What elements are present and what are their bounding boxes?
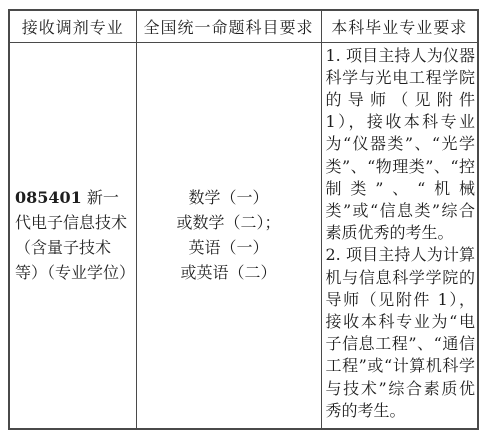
major-text: 085401 新一代电子信息技术（含量子技术等）（专业学位） [15,185,132,285]
table-row: 085401 新一代电子信息技术（含量子技术等）（专业学位） 数学（一） 或数学… [9,42,478,429]
header-accepted-transfer-major: 接收调剂专业 [9,10,136,42]
requirement-item-2: 2. 项目主持人为计算机与信息科学学院的导师（见附件 1），接收本科专业为“电子… [326,244,476,422]
major-code: 085401 [15,188,82,207]
cell-accepted-major: 085401 新一代电子信息技术（含量子技术等）（专业学位） [9,42,136,429]
cell-exam-subjects: 数学（一） 或数学（二）； 英语（一） 或英语（二） [136,42,321,429]
header-row: 接收调剂专业 全国统一命题科目要求 本科毕业专业要求 [9,10,478,42]
cell-undergraduate-requirements: 1. 项目主持人为仪器科学与光电工程学院的导师（见附件 1），接收本科专业为“仪… [321,42,478,429]
requirement-item-1: 1. 项目主持人为仪器科学与光电工程学院的导师（见附件 1），接收本科专业为“仪… [326,45,476,245]
transfer-requirements-table: 接收调剂专业 全国统一命题科目要求 本科毕业专业要求 085401 新一代电子信… [8,9,479,430]
header-national-exam-subject-requirements: 全国统一命题科目要求 [136,10,321,42]
document-page: 接收调剂专业 全国统一命题科目要求 本科毕业专业要求 085401 新一代电子信… [0,0,484,435]
exam-subjects-text: 数学（一） 或数学（二）； 英语（一） 或英语（二） [139,185,319,285]
header-undergraduate-major-requirements: 本科毕业专业要求 [321,10,478,42]
